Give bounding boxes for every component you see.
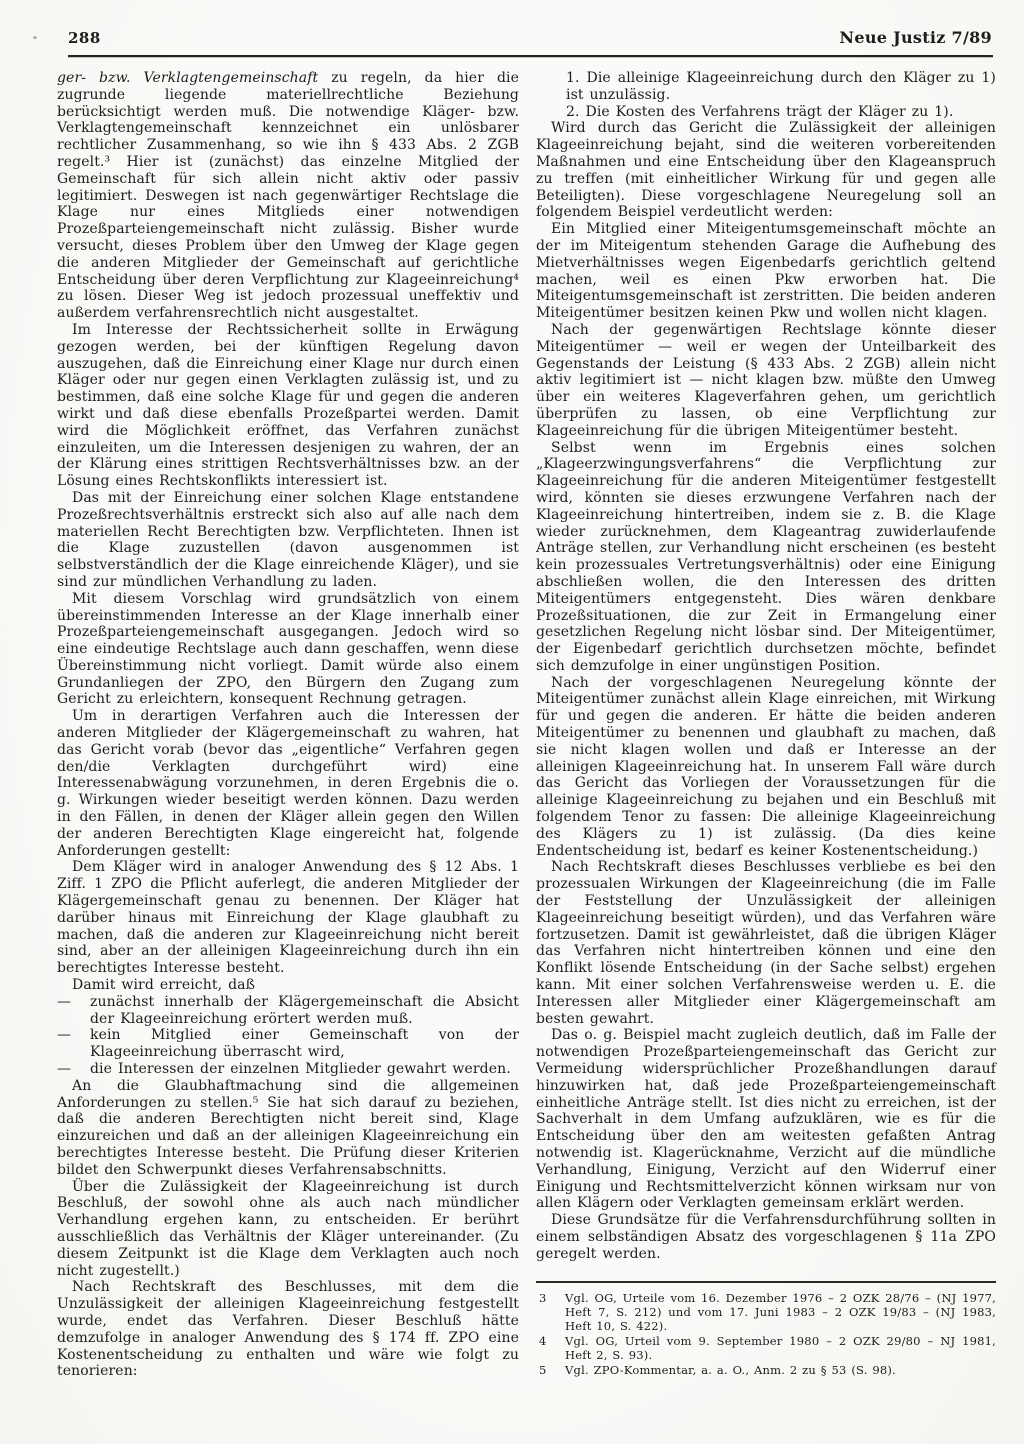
paragraph: Das o. g. Beispiel macht zugleich deutli…: [536, 1027, 996, 1212]
two-column-body: ger- bzw. Verklagtengemeinschaft zu rege…: [57, 70, 996, 1380]
journal-page: 288 Neue Justiz 7/89 ger- bzw. Verklagte…: [0, 0, 1024, 1444]
paragraph: Nach der vorgeschlagenen Neuregelung kön…: [536, 675, 996, 860]
paragraph-text: zu regeln, da hier die zugrunde liegende…: [57, 70, 519, 321]
page-number: 288: [68, 29, 101, 47]
footnotes: 3 Vgl. OG, Urteile vom 16. Dezember 1976…: [536, 1281, 996, 1377]
list-item-text: kein Mitglied einer Gemeinschaft von der…: [90, 1027, 519, 1061]
list-item: — kein Mitglied einer Gemeinschaft von d…: [57, 1027, 519, 1061]
paragraph: Wird durch das Gericht die Zulässigkeit …: [536, 120, 996, 221]
scan-speck: [33, 36, 37, 39]
paragraph: Dem Kläger wird in analoger Anwendung de…: [57, 859, 519, 977]
footnote-text: Vgl. OG, Urteil vom 9. September 1980 – …: [565, 1334, 996, 1363]
list-item: — zunächst innerhalb der Klägergemeinsch…: [57, 994, 519, 1028]
list-item-text: die Interessen der einzelnen Mitglieder …: [90, 1061, 519, 1078]
paragraph: Ein Mitglied einer Miteigentumsgemeinsch…: [536, 221, 996, 322]
tenor-item: 1. Die alleinige Klageeinreichung durch …: [536, 70, 996, 104]
footnote-text: Vgl. ZPO-Kommentar, a. a. O., Anm. 2 zu …: [565, 1363, 996, 1377]
paragraph: Nach der gegenwärtigen Rechtslage könnte…: [536, 322, 996, 440]
paragraph: Über die Zulässigkeit der Klageeinreichu…: [57, 1179, 519, 1280]
journal-title: Neue Justiz 7/89: [839, 28, 992, 47]
header-rule: [68, 55, 993, 57]
dash-marker: —: [57, 994, 90, 1028]
paragraph: ger- bzw. Verklagtengemeinschaft zu rege…: [57, 70, 519, 322]
page-header: 288 Neue Justiz 7/89: [68, 28, 992, 47]
paragraph: Mit diesem Vorschlag wird grundsätzlich …: [57, 591, 519, 709]
footnote-number: 4: [536, 1334, 565, 1363]
paragraph: Selbst wenn im Ergebnis eines solchen „K…: [536, 440, 996, 675]
paragraph: Damit wird erreicht, daß: [57, 977, 519, 994]
list-item-text: zunächst innerhalb der Klägergemeinschaf…: [90, 994, 519, 1028]
tenor-item: 2. Die Kosten des Verfahrens trägt der K…: [536, 104, 996, 121]
footnote-text: Vgl. OG, Urteile vom 16. Dezember 1976 –…: [565, 1291, 996, 1334]
footnote-number: 5: [536, 1363, 565, 1377]
footnote-rule: [536, 1281, 996, 1283]
footnote-number: 3: [536, 1291, 565, 1334]
paragraph: Nach Rechtskraft dieses Beschlusses verb…: [536, 859, 996, 1027]
list-item: — die Interessen der einzelnen Mitgliede…: [57, 1061, 519, 1078]
footnote: 4 Vgl. OG, Urteil vom 9. September 1980 …: [536, 1334, 996, 1363]
dash-marker: —: [57, 1061, 90, 1078]
dash-marker: —: [57, 1027, 90, 1061]
paragraph: Diese Grundsätze für die Verfahrensdurch…: [536, 1212, 996, 1262]
paragraph: Das mit der Einreichung einer solchen Kl…: [57, 490, 519, 591]
right-column: 1. Die alleinige Klageeinreichung durch …: [536, 70, 996, 1380]
paragraph: An die Glaubhaftmachung sind die allgeme…: [57, 1078, 519, 1179]
left-column: ger- bzw. Verklagtengemeinschaft zu rege…: [57, 70, 519, 1380]
footnote: 5 Vgl. ZPO-Kommentar, a. a. O., Anm. 2 z…: [536, 1363, 996, 1377]
paragraph: Im Interesse der Rechtssicherheit sollte…: [57, 322, 519, 490]
paragraph: Nach Rechtskraft des Beschlusses, mit de…: [57, 1279, 519, 1380]
continued-italic-lead: ger- bzw. Verklagtengemeinschaft: [57, 70, 318, 86]
paragraph: Um in derartigen Verfahren auch die Inte…: [57, 708, 519, 859]
footnote: 3 Vgl. OG, Urteile vom 16. Dezember 1976…: [536, 1291, 996, 1334]
dash-list: — zunächst innerhalb der Klägergemeinsch…: [57, 994, 519, 1078]
